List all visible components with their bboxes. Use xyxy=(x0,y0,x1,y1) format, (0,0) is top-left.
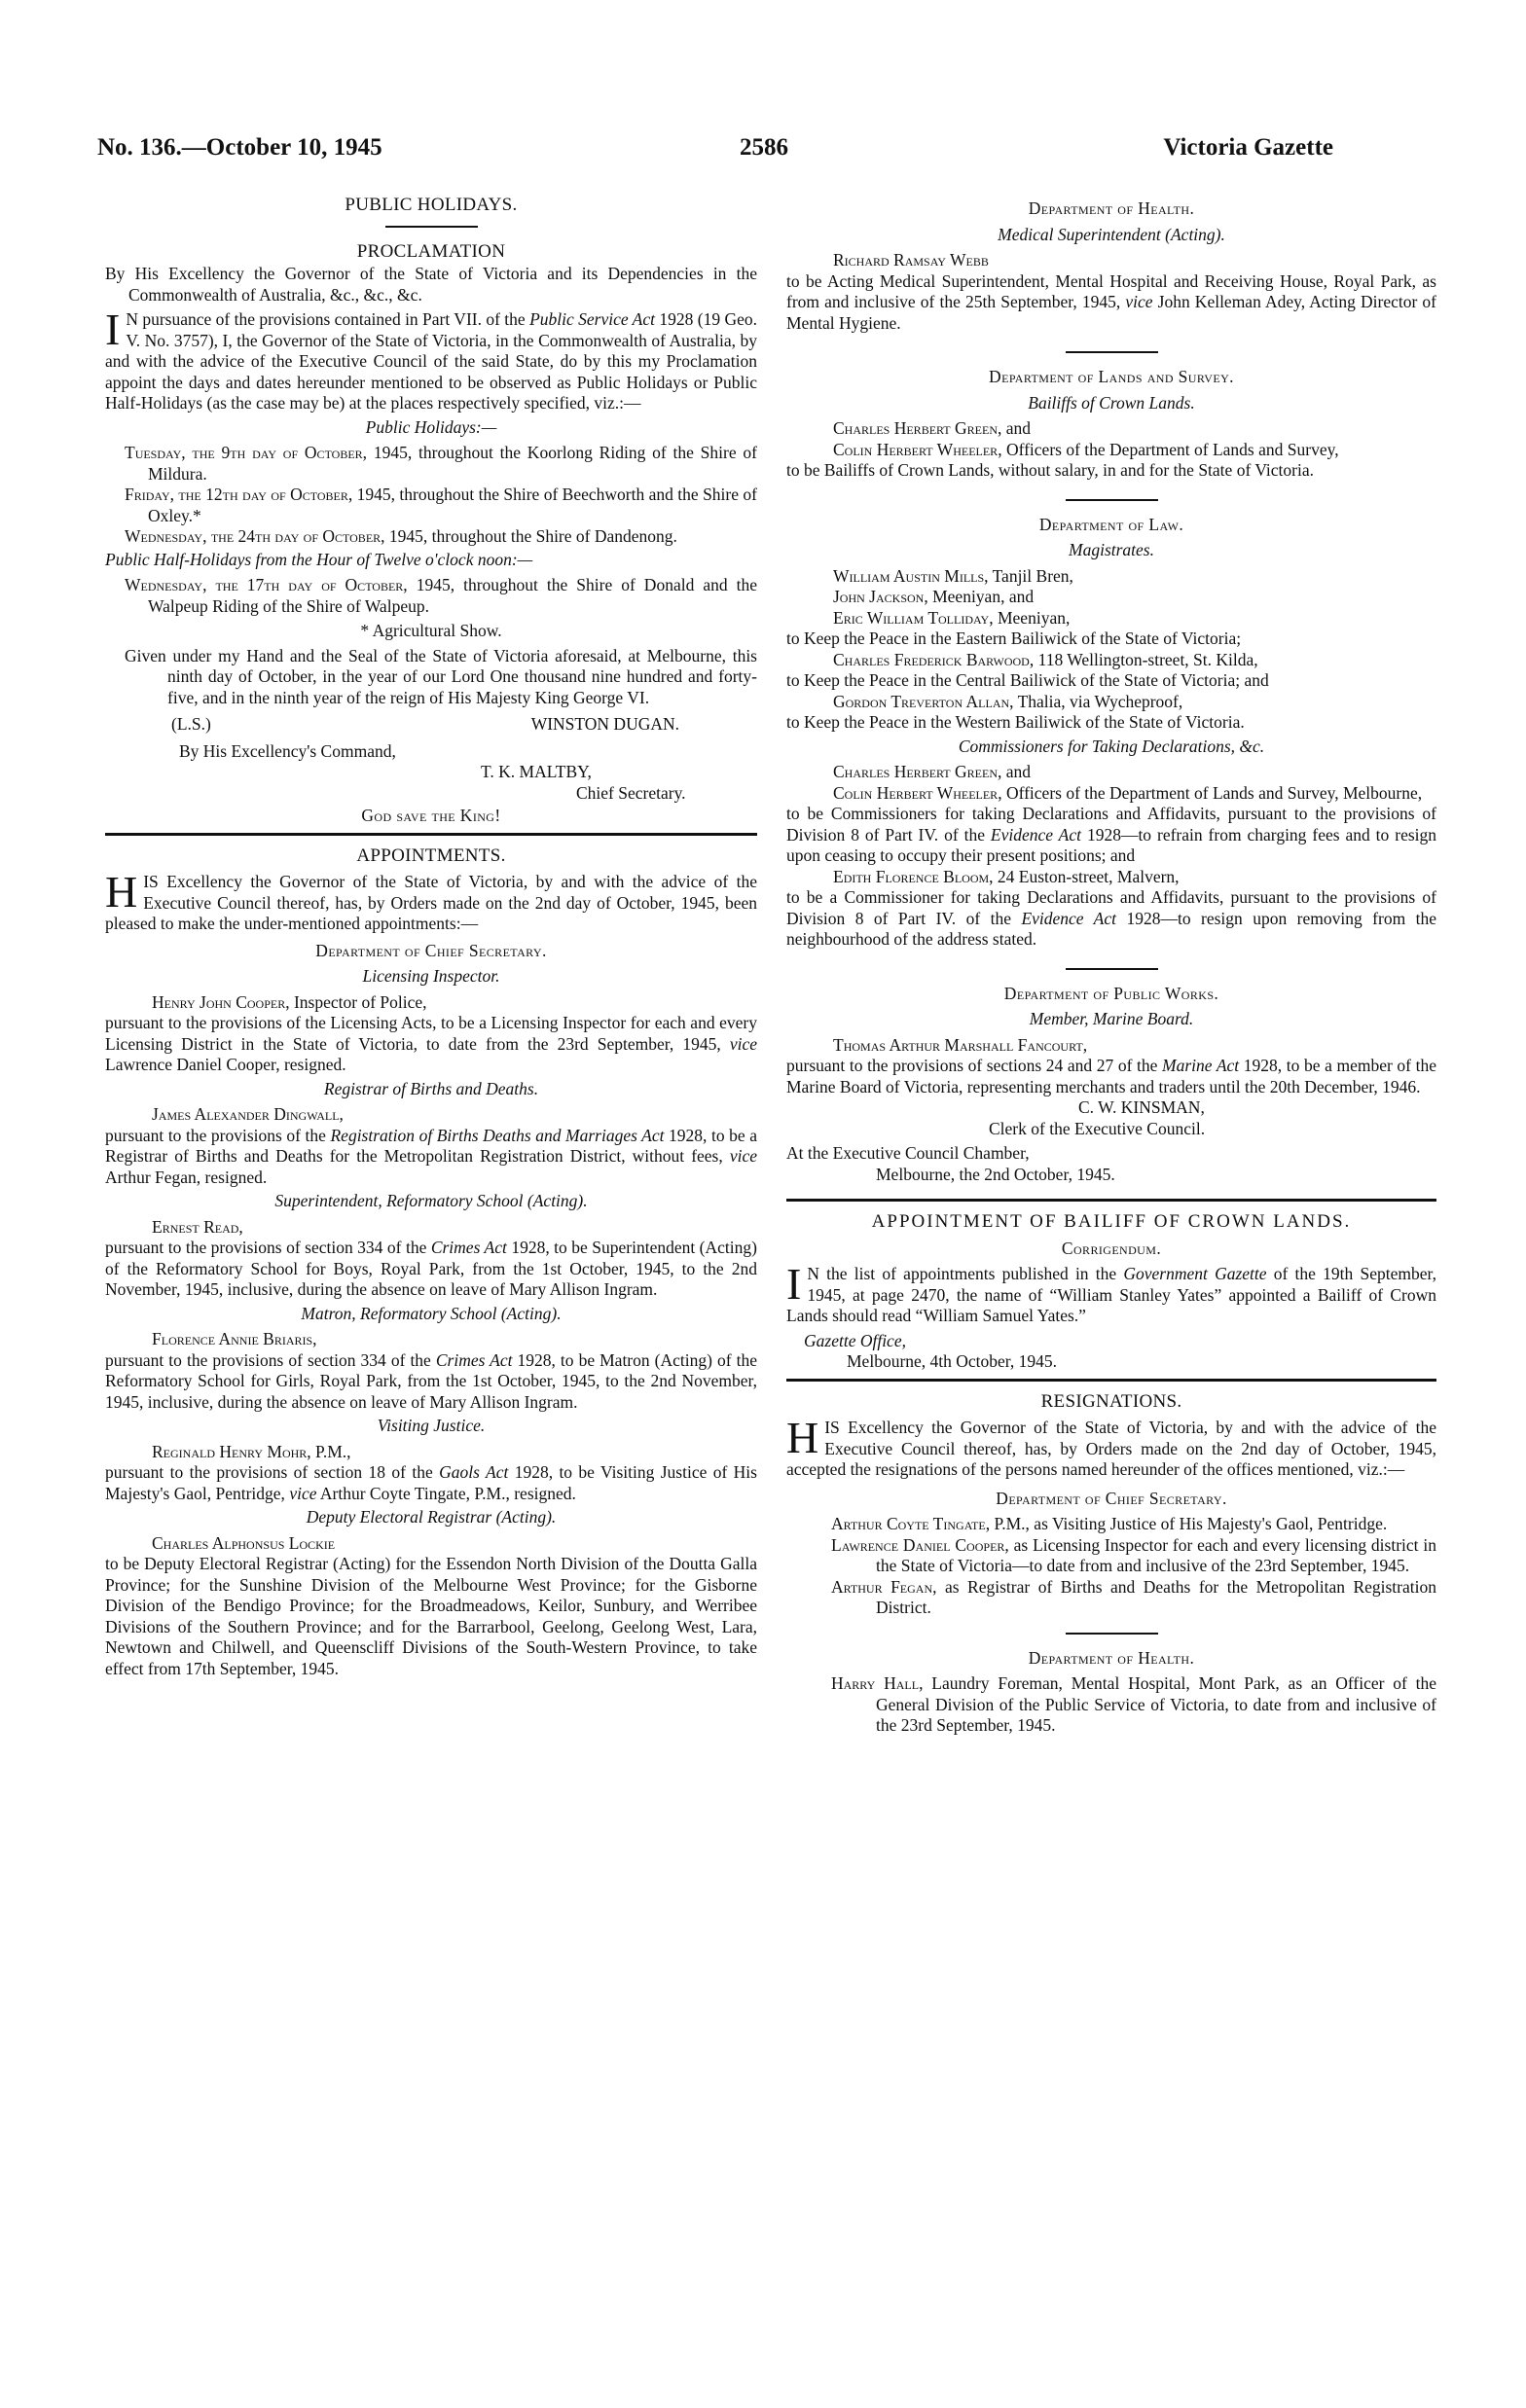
clerk-title: Clerk of the Executive Council. xyxy=(786,1119,1436,1140)
appointment-text: to be Commissioners for taking Declarati… xyxy=(786,804,1436,867)
resignation-entry: Harry Hall, Laundry Foreman, Mental Hosp… xyxy=(786,1673,1436,1737)
proclamation-body: IN pursuance of the provisions contained… xyxy=(105,309,757,414)
section-divider xyxy=(105,833,757,836)
section-title-resignations: RESIGNATIONS. xyxy=(786,1391,1436,1413)
appointment-text: pursuant to the provisions of the Licens… xyxy=(105,1013,757,1076)
secretary-name: T. K. MALTBY, xyxy=(105,762,757,783)
command-line: By His Excellency's Command, xyxy=(105,741,757,763)
appointment-text: to Keep the Peace in the Western Bailiwi… xyxy=(786,712,1436,734)
seal-mark: (L.S.) xyxy=(171,714,211,736)
section-divider xyxy=(786,1199,1436,1202)
resignee-name: Lawrence Daniel Cooper, xyxy=(831,1535,1009,1555)
appointment-text: to be Bailiffs of Crown Lands, without s… xyxy=(786,460,1436,482)
gazette-office: Gazette Office, xyxy=(786,1331,1436,1352)
appointee-name: Richard Ramsay Webb xyxy=(786,250,1436,271)
holiday-entry: Tuesday, the 9th day of October, 1945, t… xyxy=(105,443,757,485)
resignee-name: Arthur Fegan, xyxy=(831,1577,937,1597)
half-holidays-list: Wednesday, the 17th day of October, 1945… xyxy=(105,575,757,617)
department-heading: Department of Chief Secretary. xyxy=(786,1489,1436,1510)
corrigendum-text: IN the list of appointments published in… xyxy=(786,1264,1436,1327)
holiday-date: Tuesday, the 9th day of October, xyxy=(125,443,367,462)
holiday-date: Wednesday, the 24th day of October, xyxy=(125,526,385,546)
proclamation-heading: PROCLAMATION xyxy=(105,241,757,263)
position-heading: Visiting Justice. xyxy=(105,1416,757,1437)
appointee-name: James Alexander Dingwall, xyxy=(105,1104,757,1126)
drop-cap: I xyxy=(786,1266,801,1303)
appointment-text: pursuant to the provisions of section 18… xyxy=(105,1462,757,1504)
appointee-name: Reginald Henry Mohr, P.M., xyxy=(105,1442,757,1463)
appointee-name: William Austin Mills, Tanjil Bren, xyxy=(786,566,1436,588)
half-holidays-heading: Public Half-Holidays from the Hour of Tw… xyxy=(105,550,757,571)
resignations-list: Harry Hall, Laundry Foreman, Mental Hosp… xyxy=(786,1673,1436,1737)
appointee-name: Edith Florence Bloom, 24 Euston-street, … xyxy=(786,867,1436,888)
secretary-title: Chief Secretary. xyxy=(105,783,757,805)
divider xyxy=(1066,351,1158,353)
corrigendum-label: Corrigendum. xyxy=(786,1239,1436,1260)
right-column: Department of Health. Medical Superinten… xyxy=(786,195,1436,1737)
issue-number-date: No. 136.—October 10, 1945 xyxy=(97,134,382,162)
position-heading: Member, Marine Board. xyxy=(786,1009,1436,1030)
appointment-text: pursuant to the provisions of sections 2… xyxy=(786,1056,1436,1097)
appointment-text: to Keep the Peace in the Central Bailiwi… xyxy=(786,670,1436,692)
department-heading-law: Department of Law. xyxy=(786,515,1436,536)
appointments-intro: HIS Excellency the Governor of the State… xyxy=(105,872,757,935)
resignations-list: Arthur Coyte Tingate, P.M., as Visiting … xyxy=(786,1514,1436,1619)
clerk-name: C. W. KINSMAN, xyxy=(786,1097,1436,1119)
holiday-entry: Wednesday, the 24th day of October, 1945… xyxy=(105,526,757,548)
department-heading-public-works: Department of Public Works. xyxy=(786,984,1436,1005)
section-title-appointments: APPOINTMENTS. xyxy=(105,845,757,867)
holidays-list: Tuesday, the 9th day of October, 1945, t… xyxy=(105,443,757,548)
position-heading: Bailiffs of Crown Lands. xyxy=(786,393,1436,414)
section-divider xyxy=(786,1379,1436,1382)
department-heading-lands: Department of Lands and Survey. xyxy=(786,367,1436,388)
appointee-name: Florence Annie Briaris, xyxy=(105,1329,757,1350)
publication-title: Victoria Gazette xyxy=(1163,134,1333,162)
resignation-entry: Lawrence Daniel Cooper, as Licensing Ins… xyxy=(786,1535,1436,1577)
appointee-name: Ernest Read, xyxy=(105,1217,757,1239)
appointment-text: to Keep the Peace in the Eastern Bailiwi… xyxy=(786,629,1436,650)
appointment-text: to be Deputy Electoral Registrar (Acting… xyxy=(105,1554,757,1679)
department-heading: Department of Chief Secretary. xyxy=(105,941,757,962)
drop-cap: H xyxy=(786,1420,818,1456)
divider xyxy=(1066,1633,1158,1635)
drop-cap: I xyxy=(105,311,120,348)
appointee-name: Henry John Cooper, Inspector of Police, xyxy=(105,992,757,1014)
resignee-name: Harry Hall, xyxy=(831,1673,923,1693)
page-header: No. 136.—October 10, 1945 2586 Victoria … xyxy=(97,134,1429,163)
department-heading-health: Department of Health. xyxy=(786,198,1436,220)
position-heading: Licensing Inspector. xyxy=(105,966,757,988)
holiday-date: Friday, the 12th day of October, xyxy=(125,485,352,504)
appointment-text: to be a Commissioner for taking Declarat… xyxy=(786,887,1436,951)
given-under-hand: Given under my Hand and the Seal of the … xyxy=(105,646,757,709)
proclamation-preamble: By His Excellency the Governor of the St… xyxy=(105,264,757,305)
page-number: 2586 xyxy=(740,134,788,162)
section-title-bailiff: APPOINTMENT OF BAILIFF OF CROWN LANDS. xyxy=(786,1211,1436,1233)
holiday-date: Wednesday, the 17th day of October, xyxy=(125,575,408,594)
resignation-entry: Arthur Fegan, as Registrar of Births and… xyxy=(786,1577,1436,1619)
appointee-name: Charles Alphonsus Lockie xyxy=(105,1533,757,1555)
appointee-name: Charles Herbert Green, and xyxy=(786,762,1436,783)
department-heading: Department of Health. xyxy=(786,1648,1436,1670)
position-heading: Medical Superintendent (Acting). xyxy=(786,225,1436,246)
god-save-the-king: God save the King! xyxy=(105,806,757,827)
appointments-list: Licensing Inspector.Henry John Cooper, I… xyxy=(105,966,757,1679)
divider xyxy=(1066,499,1158,501)
appointment-text: to be Acting Medical Superintendent, Men… xyxy=(786,271,1436,335)
chamber-date: Melbourne, the 2nd October, 1945. xyxy=(786,1165,1436,1186)
magistrates-eastern: William Austin Mills, Tanjil Bren,John J… xyxy=(786,566,1436,629)
appointee-name: Charles Frederick Barwood, 118 Wellingto… xyxy=(786,650,1436,671)
position-heading: Deputy Electoral Registrar (Acting). xyxy=(105,1507,757,1528)
appointee-name: John Jackson, Meeniyan, and xyxy=(786,587,1436,608)
chamber-line: At the Executive Council Chamber, xyxy=(786,1143,1436,1165)
position-heading: Matron, Reformatory School (Acting). xyxy=(105,1304,757,1325)
footnote: * Agricultural Show. xyxy=(105,621,757,642)
seal-signature-line: (L.S.) WINSTON DUGAN. xyxy=(105,714,757,736)
resignation-entry: Arthur Coyte Tingate, P.M., as Visiting … xyxy=(786,1514,1436,1535)
appointment-text: pursuant to the provisions of the Regist… xyxy=(105,1126,757,1189)
holiday-entry: Wednesday, the 17th day of October, 1945… xyxy=(105,575,757,617)
appointee-name: Charles Herbert Green, and xyxy=(786,418,1436,440)
position-heading: Magistrates. xyxy=(786,540,1436,561)
resignations-intro: HIS Excellency the Governor of the State… xyxy=(786,1418,1436,1481)
appointment-text: pursuant to the provisions of section 33… xyxy=(105,1350,757,1414)
appointee-name: Colin Herbert Wheeler, Officers of the D… xyxy=(786,783,1436,805)
left-column: PUBLIC HOLIDAYS. PROCLAMATION By His Exc… xyxy=(105,195,757,1679)
appointee-name: Colin Herbert Wheeler, Officers of the D… xyxy=(786,440,1436,461)
appointee-name: Gordon Treverton Allan, Thalia, via Wych… xyxy=(786,692,1436,713)
appointment-text: pursuant to the provisions of section 33… xyxy=(105,1238,757,1301)
drop-cap: H xyxy=(105,874,137,911)
gazette-office-date: Melbourne, 4th October, 1945. xyxy=(786,1351,1436,1373)
governor-signature: WINSTON DUGAN. xyxy=(531,714,679,736)
position-heading: Commissioners for Taking Declarations, &… xyxy=(786,737,1436,758)
appointee-name: Thomas Arthur Marshall Fancourt, xyxy=(786,1035,1436,1057)
divider xyxy=(1066,968,1158,970)
resignee-name: Arthur Coyte Tingate, xyxy=(831,1514,990,1533)
position-heading: Superintendent, Reformatory School (Acti… xyxy=(105,1191,757,1212)
divider xyxy=(385,226,478,228)
position-heading: Registrar of Births and Deaths. xyxy=(105,1079,757,1100)
section-title-public-holidays: PUBLIC HOLIDAYS. xyxy=(105,195,757,216)
appointee-name: Eric William Tolliday, Meeniyan, xyxy=(786,608,1436,629)
holiday-entry: Friday, the 12th day of October, 1945, t… xyxy=(105,485,757,526)
public-holidays-heading: Public Holidays:— xyxy=(105,417,757,439)
